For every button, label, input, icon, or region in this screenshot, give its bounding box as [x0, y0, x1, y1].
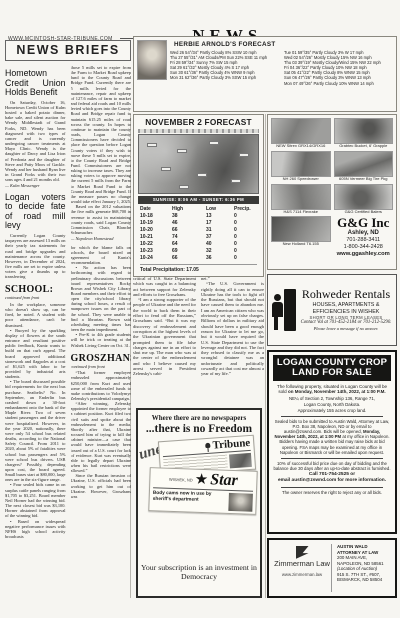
attorney-contact: AUSTIN WALD ATTORNEY AT LAW 200 MAIN AVE… — [331, 544, 391, 592]
attorney-block: Zimmerman Law www.zimmerman.law AUSTIN W… — [267, 538, 397, 598]
equipment-photo — [271, 118, 331, 144]
newspaper-page: WWW.MCINTOSH-STAR-TRIBUNE.COM NEWS OCTOB… — [0, 0, 400, 618]
clipping-headline: Body cams now in use by sheriff's depart… — [153, 491, 226, 503]
groszhans-paragraph: “The U.S. Government is rightly doing al… — [201, 281, 264, 376]
temperature-scale — [138, 129, 259, 133]
star-clipping: WISHEK, ND ★ Star Body cams now in use b… — [148, 467, 257, 515]
subscription-ad-line2: ...there is no Freedom — [141, 423, 257, 435]
zimmerman-law-logo — [296, 546, 309, 559]
water-tower-icon — [205, 443, 211, 452]
column-rule-right — [265, 114, 266, 598]
attorney-address: BISMARCK, ND 58504 — [337, 577, 391, 583]
school-paragraph: • Based on widespread negative performan… — [5, 519, 66, 540]
logan-attribution: — Napoleon Homestead — [71, 236, 132, 241]
star-location: WISHEK, ND — [169, 476, 193, 482]
groszhans-paragraph: Since the Russian invasion of Ukraine, U… — [71, 473, 132, 499]
equipment-photo — [334, 151, 394, 177]
equipment-caption: G&G Certified Balers — [334, 210, 394, 215]
school-paragraph: • Four sealed bids came in on surplus ca… — [5, 482, 66, 518]
clipping-photo — [228, 493, 253, 512]
gg-equipment-ad: NEW Sitrex GRX14/GRX16 Grabtec Bucket, 6… — [267, 114, 397, 270]
groszhans-paragraph: critical of U.S. State Department which … — [133, 276, 196, 297]
tribune-masthead: Tribune — [212, 438, 250, 452]
rohweder-rentals-ad: Rohweder Rentals HOUSES, APARTMENTS & EF… — [267, 274, 397, 346]
divider — [281, 487, 383, 488]
news-briefs-section: NEWS BRIEFS Hometown Credit Union Holds … — [5, 40, 131, 598]
equipment-caption: NH 260 Speedrower — [271, 177, 331, 182]
groszhans-paragraph: “After winning, Zelensky appointed the f… — [71, 401, 132, 473]
groszhans-jump-head: GROSZHANS: — [71, 353, 132, 364]
dealer-city: Ashley, ND — [334, 229, 394, 237]
equipment-photo — [271, 184, 331, 210]
table-row: 10-2174370 — [140, 234, 257, 241]
school-paragraph: • Pre-K to 4th grade students will be tr… — [71, 332, 132, 347]
table-row: 10-1838130 — [140, 213, 257, 220]
equipment-photo — [334, 118, 394, 144]
equipment-photo — [334, 184, 394, 210]
equipment-caption: New Holland T6.155 — [271, 242, 331, 247]
subscription-ad-footer: Your subscription is an investment in De… — [141, 563, 257, 581]
equipment-photo — [271, 151, 331, 177]
school-jump-sub: continued from front — [5, 295, 66, 300]
weather-table: Date High Low Precip. 10-1838130 10-1946… — [140, 206, 257, 262]
star-icon: ★ — [195, 472, 209, 487]
table-row: 10-2066310 — [140, 227, 257, 234]
contact-info: Call 701-754-2525 or email austin@zswnd.… — [273, 472, 391, 484]
divider — [281, 458, 383, 459]
equipment-caption: 605N Vermeer Big Tire Pkg — [334, 177, 394, 182]
school-paragraph: • The board discussed possible bid requi… — [5, 379, 66, 482]
forecast-line: Mon 07 49°/26° Partly Cloudy 10% WNW 14 … — [284, 81, 393, 86]
november-forecast-title: NOVEMBER 2 FORECAST — [134, 115, 263, 128]
firm-website: www.zimmerman.law — [273, 571, 331, 578]
school-paragraph: • No action has been forthcoming with re… — [71, 265, 132, 332]
clipping-photo — [229, 453, 252, 469]
table-row: 10-1946170 — [140, 220, 257, 227]
groszhans-continuation: critical of U.S. State Department which … — [133, 276, 264, 404]
logan-body-part1: Currently Logan County taxpayers are ass… — [5, 233, 66, 279]
forecast-week2: Tue 01 59°/35° Partly Cloudy 3% W 17 mph… — [284, 50, 393, 86]
cropland-ad-title: LOGAN COUNTY CROP LAND FOR SALE — [273, 355, 391, 381]
school-paragraph: • Buoyed by the sparkling display of flo… — [5, 328, 66, 380]
reserve-clause: The owner reserves the right to reject a… — [273, 490, 391, 495]
dealer-website: www.ggashley.com — [334, 250, 394, 258]
newspaper-collage: une Tribune WISHEK, ND ★ Star Bod — [141, 438, 257, 560]
left-column-1: Hometown Credit Union Holds Benefit On S… — [5, 65, 66, 598]
subscription-ad: Where there are no newspapers ...there i… — [136, 408, 262, 598]
star-masthead: Star — [210, 472, 238, 489]
groszhans-paragraph: “That former employee embezzled approxim… — [71, 370, 132, 401]
school-paragraph: for which the blame falls on schools, th… — [71, 245, 132, 266]
bid-instructions: Sealed bids to be submitted to Austin Wa… — [273, 419, 391, 455]
school-jump-head: SCHOOL: — [5, 284, 66, 295]
cropland-intro: The following property, situated in Loga… — [273, 384, 391, 395]
subscription-ad-line1: Where there are no newspapers — [141, 414, 257, 422]
us-weather-map — [138, 134, 259, 194]
divider — [281, 416, 383, 417]
rohweder-line: Please leave a message if no answer. — [299, 326, 393, 332]
firm-name: Zimmerman Law — [273, 560, 331, 568]
news-briefs-title: NEWS BRIEFS — [5, 40, 131, 61]
rohweder-title: Rohweder Rentals — [299, 288, 393, 301]
bid-terms: 10% of successful bid price due on day o… — [273, 461, 391, 471]
legal-description: NE¼ of Section 2, Township 136, Range 71… — [273, 396, 391, 413]
cropland-sale-ad: LOGAN COUNTY CROP LAND FOR SALE The foll… — [267, 350, 397, 534]
weather-forecast-box: HERBIE ARNOLD'S FORECAST Wed 26 54°/34° … — [133, 36, 397, 112]
logan-body-part2: those 5 mills set to expire from the Far… — [71, 65, 132, 204]
school-paragraph: In the workplace, someone who doesn't sh… — [5, 302, 66, 328]
table-row: 10-2264400 — [140, 241, 257, 248]
dealer-name: G&G Inc — [334, 216, 394, 229]
forecaster-photo — [137, 40, 167, 80]
table-header-row: Date High Low Precip. — [140, 206, 257, 213]
total-precipitation: Total Precipitation: 17.05 — [140, 264, 257, 274]
zimmerman-law: Zimmerman Law www.zimmerman.law — [273, 544, 331, 592]
table-row: 10-2369320 — [140, 248, 257, 255]
gg-dealer-info: G&G Inc Ashley, ND 701-288-3411 1-800-34… — [334, 216, 394, 258]
forecast-week1: Wed 26 54°/34° Partly Cloudy 8% SSW 10 m… — [170, 50, 279, 86]
hometown-headline: Hometown Credit Union Holds Benefit — [5, 69, 66, 98]
equipment-caption: H&S 7114 Flexrake — [271, 210, 331, 215]
table-row: 10-2466360 — [140, 255, 257, 262]
forecast-line: Mon 31 62°/36° Partly Cloudy 3% SSW 15 m… — [170, 75, 279, 80]
mid-column-1: critical of U.S. State Department which … — [133, 276, 196, 404]
person-at-door-icon — [271, 287, 297, 333]
november-forecast-box: NOVEMBER 2 FORECAST SUNRISE: 8:06 AM - S… — [133, 114, 264, 277]
mid-column-2: net.” “The U.S. Government is rightly do… — [201, 276, 264, 404]
forecast-title: HERBIE ARNOLD'S FORECAST — [174, 41, 393, 48]
equipment-caption: NEW Sitrex GRX14/GRX16 — [271, 144, 331, 149]
sunrise-sunset-bar: SUNRISE: 8:06 AM - SUNSET: 6:36 PM — [138, 196, 259, 204]
logan-headline: Logan voters to decide fate of road mill… — [5, 193, 66, 231]
rohweder-line: HOUSES, APARTMENTS & EFFICIENCIES IN WIS… — [299, 302, 393, 315]
logan-body-part3: Based on the 2012 valuations the five mi… — [71, 204, 132, 235]
groszhans-jump-sub: continued from front — [71, 364, 132, 369]
hometown-attribution: — Kulm Messenger — [5, 183, 66, 188]
hometown-body: On Saturday, October 16, Hometown Credit… — [5, 100, 66, 183]
equipment-photo — [271, 216, 331, 242]
left-column-2: those 5 mills set to expire from the Far… — [71, 65, 132, 598]
equipment-caption: Grabtec Bucket, 6' Grapple — [334, 144, 394, 149]
groszhans-paragraph: “I am a strong supporter of the people o… — [133, 297, 196, 376]
